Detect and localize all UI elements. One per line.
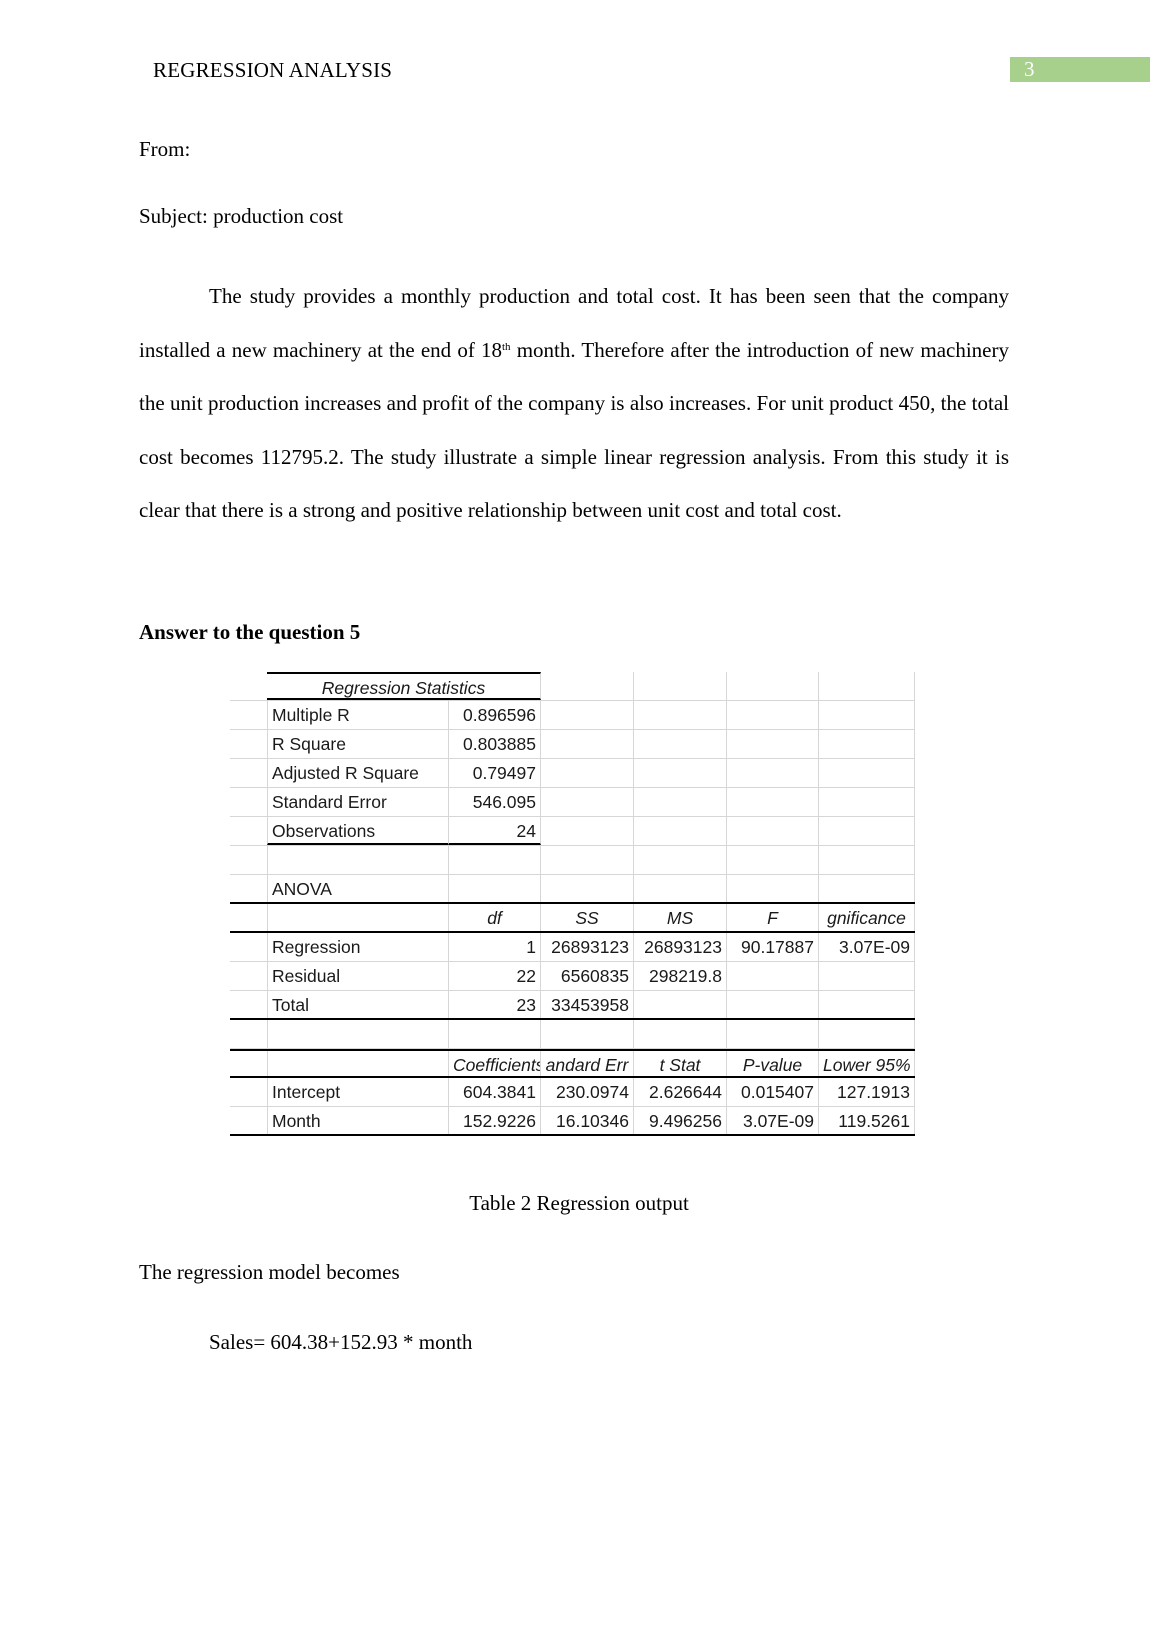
table-row: Regression1268931232689312390.178873.07E… [230, 933, 915, 962]
table-cell [541, 730, 634, 758]
table-cell: 16.10346 [541, 1107, 634, 1134]
paragraph-part2: month. Therefore after the introduction … [139, 338, 1009, 523]
table-cell: 2.626644 [634, 1078, 727, 1106]
table-cell: Lower 95% [819, 1051, 915, 1076]
page-number: 3 [1010, 57, 1150, 82]
memo-subject: Subject: production cost [139, 204, 343, 229]
table-cell: 3.07E-09 [727, 1107, 819, 1134]
table-cell: Month [267, 1107, 449, 1134]
table-cell: 0.015407 [727, 1078, 819, 1106]
table-cell: gnificance [819, 904, 915, 931]
table-cell: 22 [449, 962, 541, 990]
table-cell [819, 759, 915, 787]
table-cell [819, 730, 915, 758]
table-cell: 3.07E-09 [819, 933, 915, 961]
table-cell [819, 701, 915, 729]
table-cell [541, 817, 634, 845]
table-row: Coefficientsandard Errt StatP-valueLower… [230, 1049, 915, 1078]
table-cell [727, 730, 819, 758]
table-row: R Square0.803885 [230, 730, 915, 759]
table-cell [634, 730, 727, 758]
table-row: ANOVA [230, 875, 915, 904]
table-row: Adjusted R Square0.79497 [230, 759, 915, 788]
table-cell [727, 991, 819, 1018]
regression-statistics-title: Regression Statistics [267, 672, 541, 700]
table-cell [727, 817, 819, 845]
table-cell [819, 788, 915, 816]
table-row [230, 1020, 915, 1049]
table-cell [634, 701, 727, 729]
table-row: Regression Statistics [230, 672, 915, 701]
table-cell [819, 991, 915, 1018]
table-cell: 298219.8 [634, 962, 727, 990]
table-cell [727, 701, 819, 729]
body-paragraph: The study provides a monthly production … [139, 270, 1009, 538]
table-cell: MS [634, 904, 727, 931]
table-caption: Table 2 Regression output [0, 1191, 1158, 1216]
table-cell [819, 962, 915, 990]
table-cell [541, 759, 634, 787]
table-cell: 604.3841 [449, 1078, 541, 1106]
table-cell: 90.17887 [727, 933, 819, 961]
table-cell [541, 701, 634, 729]
table-cell: 127.1913 [819, 1078, 915, 1106]
table-cell: 1 [449, 933, 541, 961]
table-row [230, 846, 915, 875]
table-cell: andard Err [541, 1051, 634, 1076]
table-cell: df [449, 904, 541, 931]
table-cell: P-value [727, 1051, 819, 1076]
table-cell: Standard Error [267, 788, 449, 816]
table-cell: Intercept [267, 1078, 449, 1106]
table-cell: 546.095 [449, 788, 541, 816]
table-row: dfSSMSFgnificance [230, 904, 915, 933]
model-intro: The regression model becomes [139, 1260, 400, 1285]
table-cell: Total [267, 991, 449, 1018]
table-cell: 23 [449, 991, 541, 1018]
memo-from: From: [139, 137, 190, 162]
regression-output-table: Regression Statistics Multiple R0.896596… [230, 672, 915, 1136]
table-cell [634, 759, 727, 787]
table-cell [634, 991, 727, 1018]
table-cell: t Stat [634, 1051, 727, 1076]
table-row: Total2333453958 [230, 991, 915, 1020]
table-cell [819, 817, 915, 845]
paragraph-superscript: th [502, 341, 511, 353]
table-cell: R Square [267, 730, 449, 758]
running-header-title: REGRESSION ANALYSIS [153, 58, 392, 83]
table-cell: 119.5261 [819, 1107, 915, 1134]
table-cell: SS [541, 904, 634, 931]
table-cell [267, 904, 449, 931]
table-row: Residual226560835298219.8 [230, 962, 915, 991]
table-cell [541, 788, 634, 816]
table-cell: F [727, 904, 819, 931]
table-row: Observations24 [230, 817, 915, 846]
table-cell [727, 788, 819, 816]
table-cell: Regression [267, 933, 449, 961]
table-cell: 152.9226 [449, 1107, 541, 1134]
table-cell: 0.896596 [449, 701, 541, 729]
table-cell: Residual [267, 962, 449, 990]
table-cell: 33453958 [541, 991, 634, 1018]
table-cell: 26893123 [541, 933, 634, 961]
table-cell [634, 788, 727, 816]
table-cell: Multiple R [267, 701, 449, 729]
table-row: Month152.922616.103469.4962563.07E-09119… [230, 1107, 915, 1136]
table-cell: 9.496256 [634, 1107, 727, 1134]
regression-formula: Sales= 604.38+152.93 * month [209, 1330, 472, 1355]
table-cell: 0.79497 [449, 759, 541, 787]
table-cell: 0.803885 [449, 730, 541, 758]
table-cell [267, 1051, 449, 1076]
section-heading: Answer to the question 5 [139, 620, 360, 645]
table-cell [727, 962, 819, 990]
table-cell: Coefficients [449, 1051, 541, 1076]
table-cell [634, 817, 727, 845]
table-row: Intercept604.3841230.09742.6266440.01540… [230, 1078, 915, 1107]
table-row: Multiple R0.896596 [230, 701, 915, 730]
anova-title: ANOVA [267, 875, 449, 902]
table-cell: Observations [267, 817, 449, 845]
table-cell [727, 759, 819, 787]
table-cell: 26893123 [634, 933, 727, 961]
table-row: Standard Error546.095 [230, 788, 915, 817]
table-cell: 24 [449, 817, 541, 845]
table-cell: 6560835 [541, 962, 634, 990]
table-cell: Adjusted R Square [267, 759, 449, 787]
table-cell: 230.0974 [541, 1078, 634, 1106]
